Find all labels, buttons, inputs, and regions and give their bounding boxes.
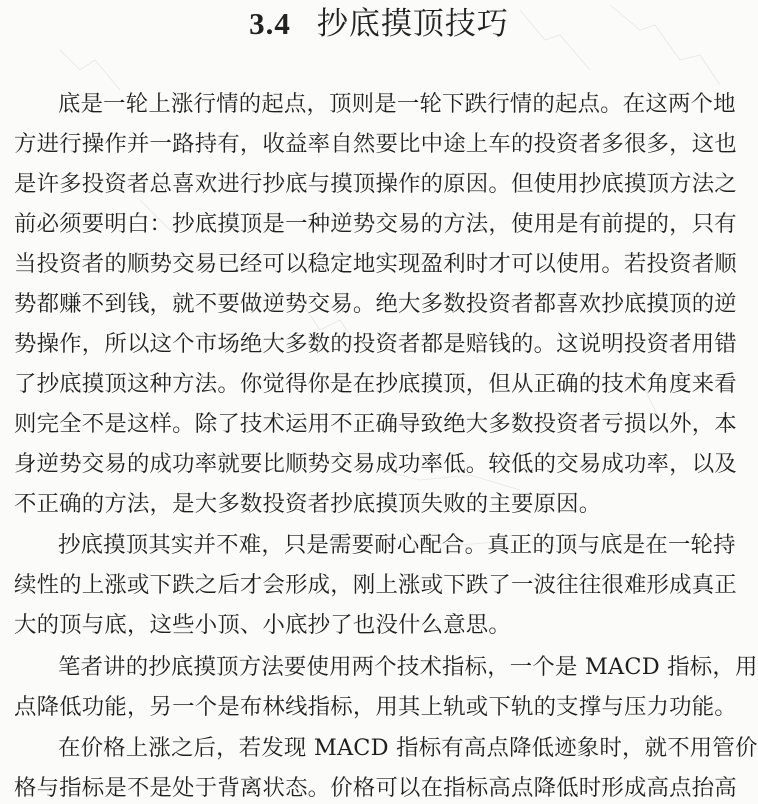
body-line: 了抄底摸顶这种方法。你觉得你是在抄底摸顶，但从正确的技术角度来看: [14, 369, 752, 399]
book-page: 3.4抄底摸顶技巧 底是一轮上涨行情的起点，顶则是一轮下跌行情的起点。在这两个地…: [0, 0, 758, 804]
section-title: 抄底摸顶技巧: [317, 6, 509, 42]
paper-texture: [0, 0, 758, 804]
body-line: 底是一轮上涨行情的起点，顶则是一轮下跌行情的起点。在这两个地: [58, 89, 752, 119]
body-line: 则完全不是这样。除了技术运用不正确导致绝大多数投资者亏损以外，本: [14, 409, 752, 439]
body-line: 笔者讲的抄底摸顶方法要使用两个技术指标，一个是 MACD 指标，用其高: [58, 652, 752, 682]
body-line: 格与指标是不是处于背离状态。价格可以在指标高点降低时形成高点抬高: [14, 773, 752, 803]
body-line: 势都赚不到钱，就不要做逆势交易。绝大多数投资者都喜欢抄底摸顶的逆: [14, 289, 752, 319]
body-line: 前必须要明白：抄底摸顶是一种逆势交易的方法，使用是有前提的，只有: [14, 209, 752, 239]
body-line: 方进行操作并一路持有，收益率自然要比中途上车的投资者多很多，这也: [14, 129, 752, 159]
body-line: 抄底摸顶其实并不难，只是需要耐心配合。真正的顶与底是在一轮持: [58, 530, 752, 560]
body-line: 在价格上涨之后，若发现 MACD 指标有高点降低迹象时，就不用管价: [58, 733, 752, 763]
body-line: 势操作，所以这个市场绝大多数的投资者都是赔钱的。这说明投资者用错: [14, 329, 752, 359]
section-number: 3.4: [249, 6, 291, 41]
body-line: 不正确的方法，是大多数投资者抄底摸顶失败的主要原因。: [14, 489, 752, 519]
body-line: 点降低功能，另一个是布林线指标，用其上轨或下轨的支撑与压力功能。: [14, 692, 752, 722]
body-line: 是许多投资者总喜欢进行抄底与摸顶操作的原因。但使用抄底摸顶方法之: [14, 169, 752, 199]
body-line: 当投资者的顺势交易已经可以稳定地实现盈利时才可以使用。若投资者顺: [14, 249, 752, 279]
body-line: 续性的上涨或下跌之后才会形成，刚上涨或下跌了一波往往很难形成真正: [14, 570, 752, 600]
section-heading: 3.4抄底摸顶技巧: [0, 4, 758, 44]
body-line: 身逆势交易的成功率就要比顺势交易成功率低。较低的交易成功率，以及: [14, 449, 752, 479]
body-line: 大的顶与底，这些小顶、小底抄了也没什么意思。: [14, 610, 752, 640]
